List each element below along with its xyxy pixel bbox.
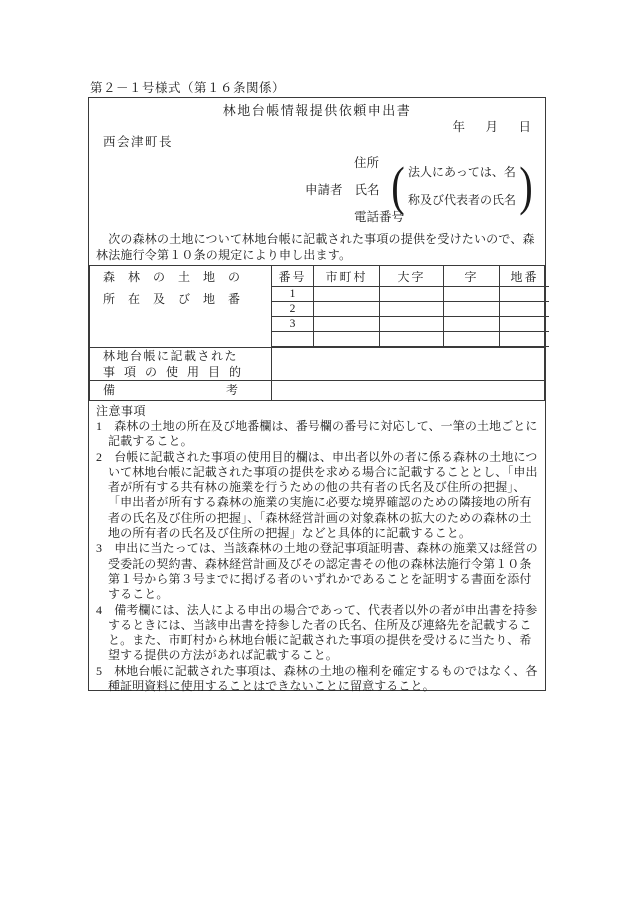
- empty-cell: [380, 302, 444, 317]
- name-label: 氏名: [355, 183, 380, 197]
- corp-note-line1: 法人にあっては、名: [408, 158, 516, 186]
- column-oaza: 大字: [380, 266, 444, 287]
- column-municipality: 市町村: [314, 266, 380, 287]
- column-aza: 字: [444, 266, 500, 287]
- column-number: 番号: [272, 266, 314, 287]
- empty-cell: [444, 287, 500, 302]
- row-number: 1: [272, 287, 314, 302]
- empty-cell: [380, 287, 444, 302]
- column-lot-number: 地番: [500, 266, 550, 287]
- open-paren: (: [391, 158, 404, 214]
- note-item-1: 1 森林の土地の所在及び地番欄は、番号欄の番号に対応して、一筆の土地ごとに記載す…: [96, 419, 539, 450]
- purpose-row: 林地台帳に記載された 事項の使用目的: [90, 348, 545, 381]
- empty-cell: [314, 332, 380, 347]
- empty-cell: [500, 302, 550, 317]
- empty-cell: [500, 317, 550, 332]
- purpose-label-cell: 林地台帳に記載された 事項の使用目的: [90, 348, 272, 381]
- empty-cell: [500, 332, 550, 347]
- corp-note-line2: 称及び代表者の氏名: [408, 186, 516, 214]
- row-number: 2: [272, 302, 314, 317]
- empty-cell: [314, 302, 380, 317]
- empty-cell: [314, 287, 380, 302]
- form-title: 林地台帳情報提供依頼申出書: [89, 103, 545, 118]
- empty-cell: [500, 287, 550, 302]
- note-item-3: 3 申出に当たっては、当該森林の土地の登記事項証明書、森林の施業又は経営の受委託…: [96, 541, 539, 602]
- applicant-block: 住所 申請者氏名 電話番号 ( 法人にあっては、名 称及び代表者の氏名 ): [305, 150, 545, 231]
- parcel-table-cell: 番号 市町村 大字 字 地番 1: [272, 266, 545, 348]
- remarks-label-left: 備: [103, 381, 115, 400]
- document-page: 第２－１号様式（第１６条関係） 林地台帳情報提供依頼申出書 年 月 日 西会津町…: [0, 0, 630, 903]
- land-table: 森林の土地の 所在及び地番 番号 市町村 大字 字 地番 1: [89, 265, 545, 401]
- corporation-note-text: 法人にあっては、名 称及び代表者の氏名: [407, 158, 517, 214]
- empty-cell: [380, 332, 444, 347]
- site-row: 森林の土地の 所在及び地番 番号 市町村 大字 字 地番 1: [90, 266, 545, 348]
- date-line: 年 月 日: [89, 120, 545, 135]
- parcel-row-4: [272, 332, 549, 347]
- notes-heading: 注意事項: [96, 403, 539, 419]
- notes-section: 注意事項 1 森林の土地の所在及び地番欄は、番号欄の番号に対応して、一筆の土地ご…: [96, 403, 539, 694]
- parcel-header-row: 番号 市町村 大字 字 地番: [272, 266, 549, 287]
- form-number-label: 第２－１号様式（第１６条関係）: [90, 78, 285, 96]
- row-number: [272, 332, 314, 347]
- empty-cell: [444, 317, 500, 332]
- remarks-row: 備 考: [90, 381, 545, 401]
- parcel-table: 番号 市町村 大字 字 地番 1: [272, 266, 549, 347]
- empty-cell: [314, 317, 380, 332]
- empty-cell: [444, 302, 500, 317]
- site-label-line1: 森林の土地の: [90, 266, 271, 288]
- remarks-entry-cell: [272, 381, 545, 401]
- parcel-row-2: 2: [272, 302, 549, 317]
- remarks-label: 備 考: [90, 381, 271, 400]
- applicant-label: 申請者: [305, 183, 343, 197]
- corporation-note: ( 法人にあっては、名 称及び代表者の氏名 ): [389, 158, 535, 214]
- purpose-label-line2: 事項の使用目的: [90, 364, 271, 380]
- note-item-2: 2 台帳に記載された事項の使用目的欄は、申出者以外の者に係る森林の土地について林…: [96, 450, 539, 542]
- site-label-cell: 森林の土地の 所在及び地番: [90, 266, 272, 348]
- row-number: 3: [272, 317, 314, 332]
- empty-cell: [380, 317, 444, 332]
- purpose-entry-cell: [272, 348, 545, 381]
- addressee-label: 西会津町長: [89, 135, 545, 150]
- parcel-row-3: 3: [272, 317, 549, 332]
- note-item-4: 4 備考欄には、法人による申出の場合であって、代表者以外の者が申出書を持参すると…: [96, 603, 539, 664]
- parcel-row-1: 1: [272, 287, 549, 302]
- empty-cell: [444, 332, 500, 347]
- purpose-label-line1: 林地台帳に記載された: [90, 348, 271, 364]
- remarks-label-cell: 備 考: [90, 381, 272, 401]
- remarks-label-right: 考: [226, 381, 238, 400]
- site-label-line2: 所在及び地番: [90, 288, 271, 310]
- form-border-box: 林地台帳情報提供依頼申出書 年 月 日 西会津町長 住所 申請者氏名 電話番号 …: [88, 97, 546, 691]
- close-paren: ): [519, 158, 532, 214]
- request-statement: 次の森林の土地について林地台帳に記載された事項の提供を受けたいので、森林法施行令…: [96, 231, 539, 263]
- note-item-5: 5 林地台帳に記載された事項は、森林の土地の権利を確定するものではなく、各種証明…: [96, 664, 539, 695]
